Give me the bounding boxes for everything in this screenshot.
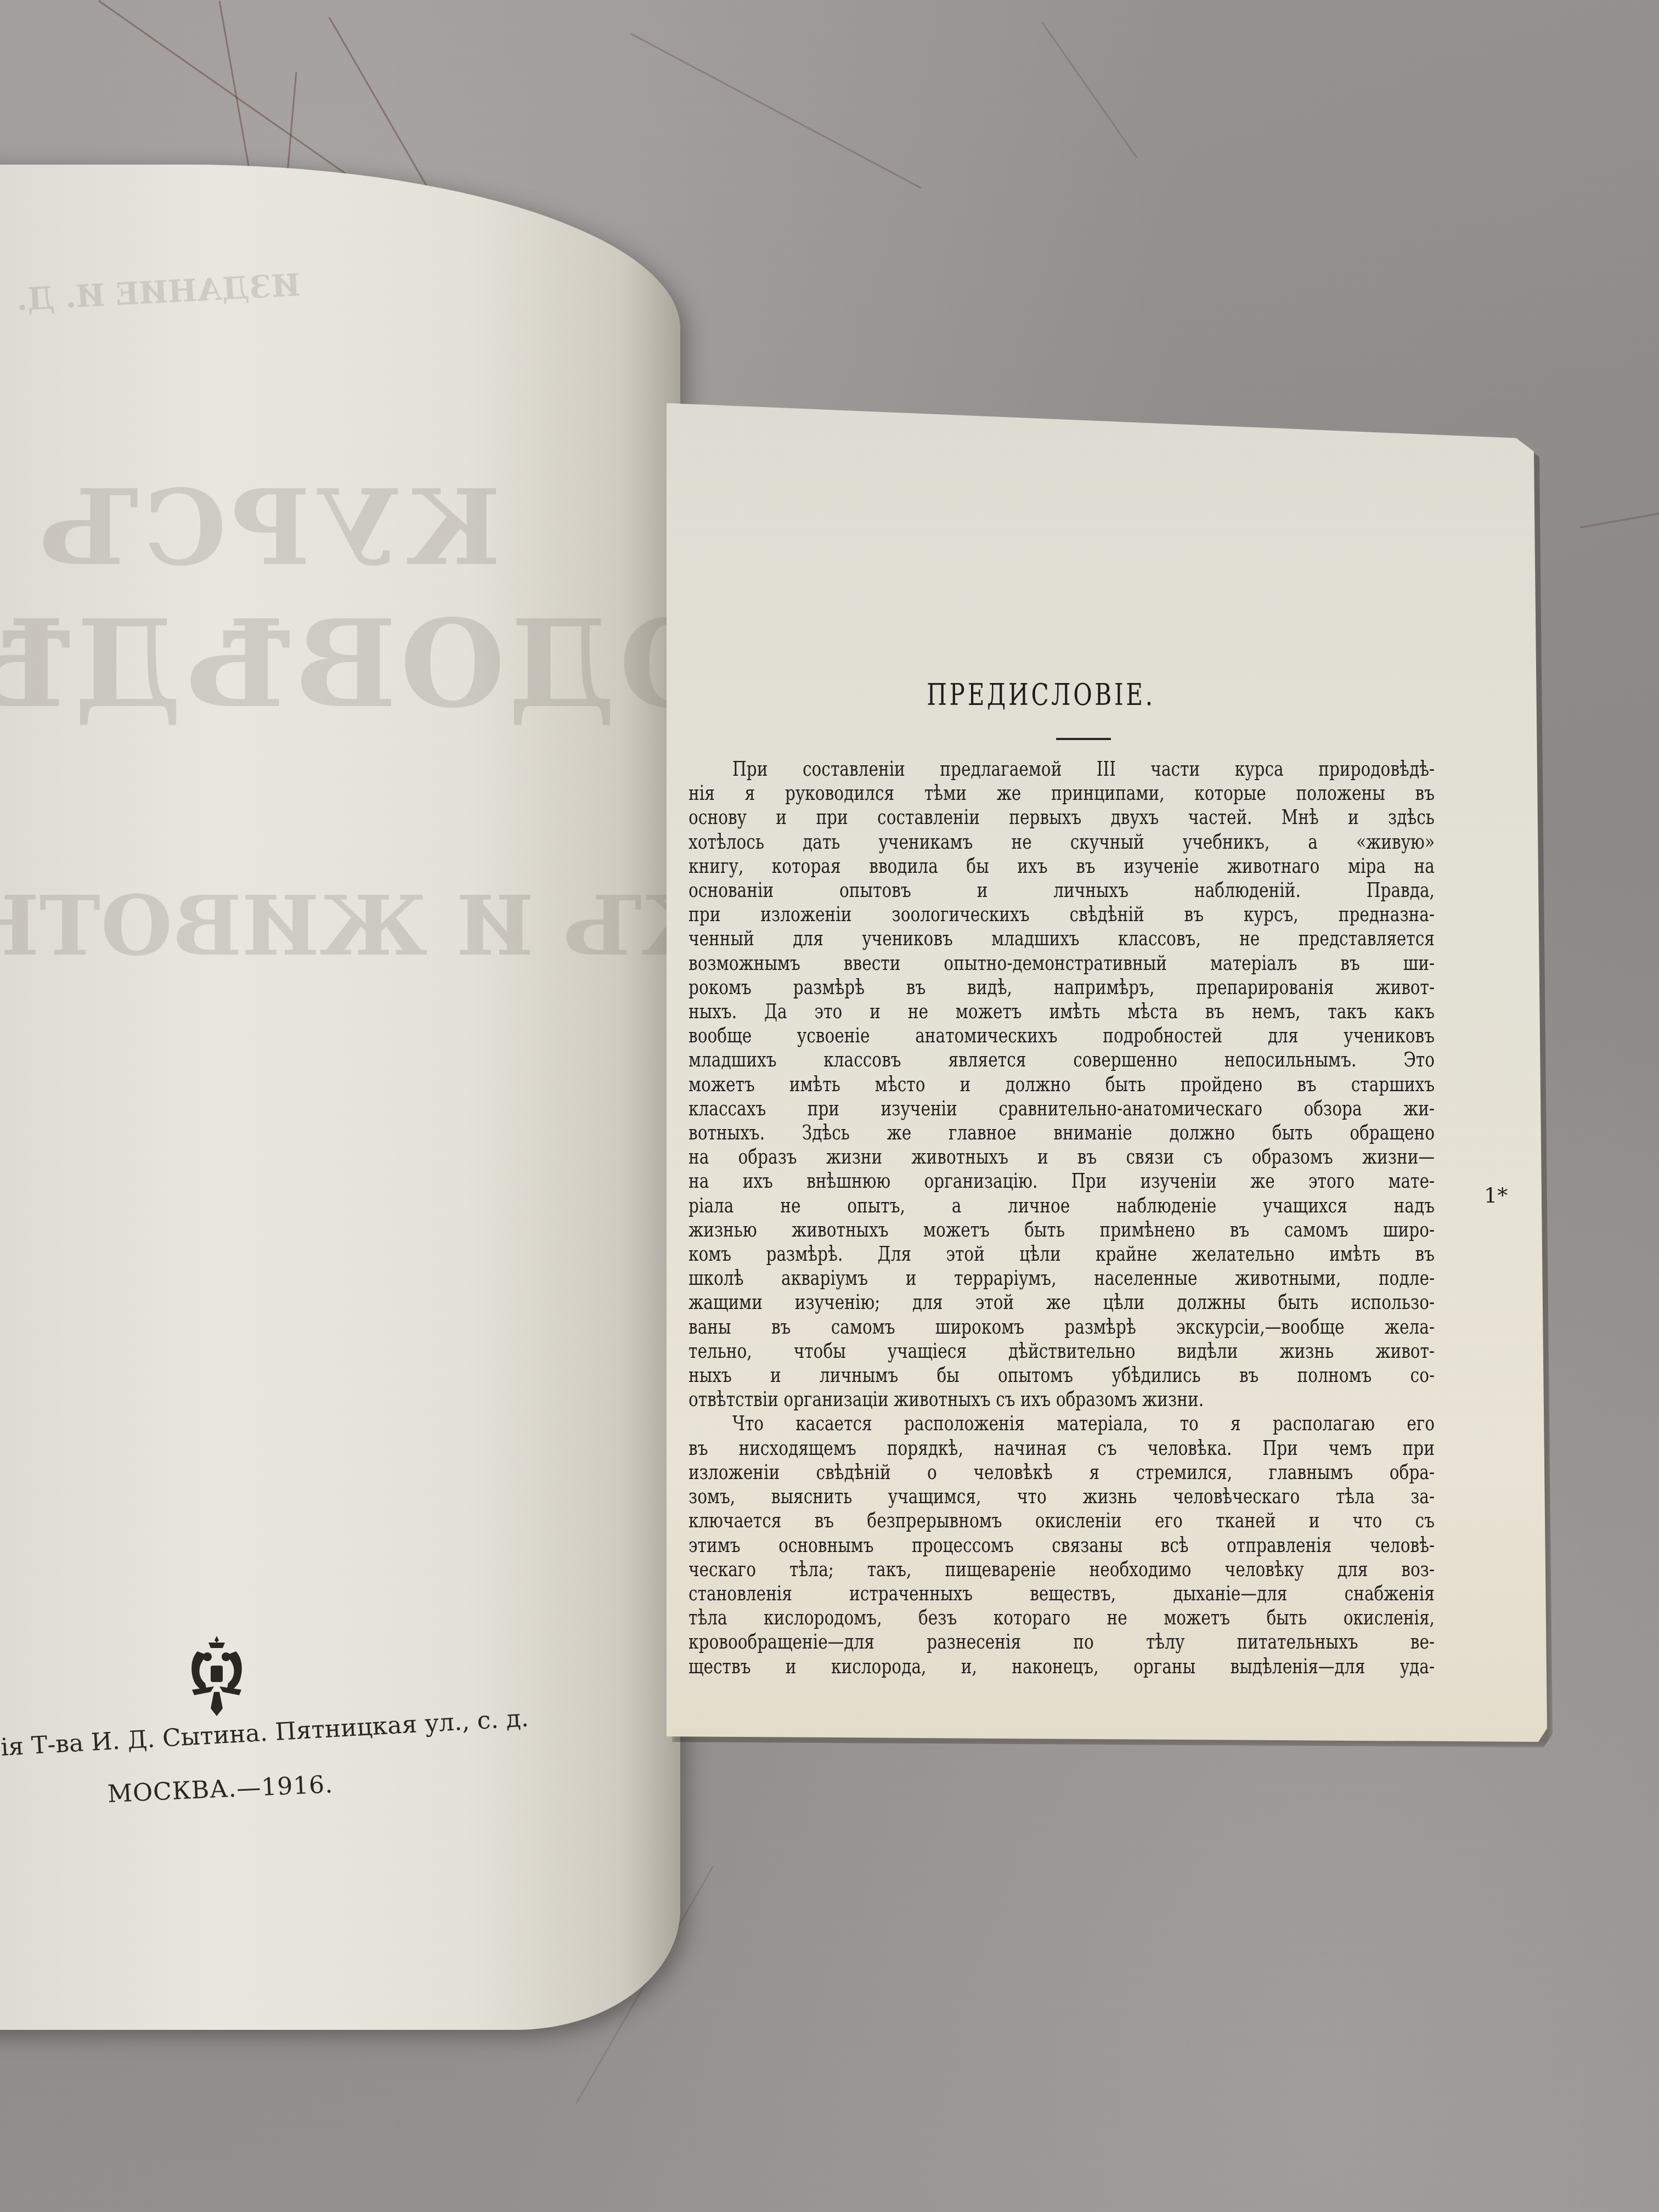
text-line: нія я руководился тѣми же принципами, ко… [689, 781, 1435, 805]
text-line: въ нисходящемъ порядкѣ, начиная съ челов… [689, 1436, 1435, 1460]
text-line: классахъ при изученіи сравнительно-анато… [689, 1097, 1435, 1121]
bleed-through-text: КУРСЪ [33, 466, 501, 589]
text-line: ныхъ и личнымъ бы опытомъ убѣдились въ п… [689, 1363, 1435, 1387]
text-line: вообще усвоеніе анатомическихъ подробнос… [689, 1024, 1435, 1048]
text-line: можетъ имѣть мѣсто и должно быть пройден… [689, 1073, 1435, 1097]
marble-vein [630, 33, 922, 189]
text-line: этимъ основнымъ процессомъ связаны всѣ о… [689, 1533, 1435, 1558]
text-line: жизнью животныхъ можетъ быть примѣнено в… [689, 1218, 1435, 1242]
text-line: ныхъ. Да это и не можетъ имѣть мѣста въ … [689, 1000, 1435, 1024]
text-line: младшихъ классовъ является совершенно не… [689, 1048, 1435, 1072]
text-line: изложеніи свѣдѣній о человѣкѣ я стремилс… [689, 1460, 1435, 1485]
printer-imprint: ія Т-ва И. Д. Сытина. Пятницкая ул., с. … [0, 1704, 529, 1762]
text-line: на образъ жизни животныхъ и въ связи съ … [689, 1145, 1435, 1169]
text-line: школѣ акваріумъ и террарiумъ, населенные… [689, 1266, 1435, 1290]
preface-body: При составленіи предлагаемой III части к… [689, 757, 1435, 1679]
right-page: ПРЕДИСЛОВІЕ. При составленіи предлагаемо… [667, 398, 1547, 1742]
text-line: ческаго тѣла; такъ, пищевареніе необходи… [689, 1558, 1435, 1582]
text-line: Что касается расположенія матеріала, то … [689, 1412, 1435, 1436]
text-line: ществъ и кислорода, и, наконецъ, органы … [689, 1655, 1435, 1679]
text-line: тельно, чтобы учащіеся дѣйствительно вид… [689, 1339, 1435, 1363]
marble-vein [329, 17, 435, 199]
left-page: ИЗДАНИЕ И. Д. КУРСЪ ПРИРОДОВѢДѢ ЧЕЛОВѢКЪ… [0, 165, 680, 2030]
text-line: При составленіи предлагаемой III части к… [689, 757, 1435, 781]
marble-vein [1580, 512, 1659, 528]
text-line: возможнымъ ввести опытно-демонстративный… [689, 951, 1435, 975]
marble-vein [1042, 22, 1138, 158]
text-line: основаніи опытовъ и личныхъ наблюденій. … [689, 878, 1435, 902]
text-line: рокомъ размѣрѣ въ видѣ, напримѣръ, препа… [689, 975, 1435, 1000]
bleed-through-text: ИЗДАНИЕ И. Д. [16, 267, 302, 318]
text-line: при изложеніи зоологическихъ свѣдѣній въ… [689, 902, 1435, 927]
text-line: зомъ, выяснить учащимся, что жизнь челов… [689, 1485, 1435, 1509]
text-line: основу и при составленіи первыхъ двухъ ч… [689, 805, 1435, 830]
title-divider [1056, 738, 1111, 740]
publication-place-year: МОСКВА.—1916. [107, 1770, 334, 1808]
text-line: вотныхъ. Здѣсь же главное вниманіе должн… [689, 1121, 1435, 1145]
page-number: 1* [1484, 1183, 1508, 1207]
page-title: ПРЕДИСЛОВІЕ. [698, 678, 1385, 712]
text-line: жащими изученію; для этой же цѣли должны… [689, 1290, 1435, 1314]
text-line: кровообращеніе—для разнесенія по тѣлу пи… [689, 1630, 1435, 1654]
text-line: ченный для учениковъ младшихъ классовъ, … [689, 927, 1435, 951]
text-line: становленія истраченныхъ веществъ, дыхан… [689, 1582, 1435, 1606]
text-line: тѣла кислородомъ, безъ котораго не может… [689, 1606, 1435, 1630]
text-line: отвѣтствіи организаціи животныхъ съ ихъ … [689, 1387, 1435, 1412]
text-line: книгу, которая вводила бы ихъ въ изучені… [689, 854, 1435, 878]
text-line: комъ размѣрѣ. Для этой цѣли крайне желат… [689, 1242, 1435, 1266]
text-line: хотѣлось дать ученикамъ не скучный учебн… [689, 830, 1435, 854]
text-line: ключается въ безпрерывномъ окисленіи его… [689, 1509, 1435, 1533]
text-line: на ихъ внѣшнюю организацію. При изученіи… [689, 1169, 1435, 1193]
double-headed-eagle-icon [181, 1635, 252, 1717]
text-line: ваны въ самомъ широкомъ размѣрѣ экскурсі… [689, 1315, 1435, 1339]
text-line: ріала не опытъ, а личное наблюденіе учащ… [689, 1194, 1435, 1218]
